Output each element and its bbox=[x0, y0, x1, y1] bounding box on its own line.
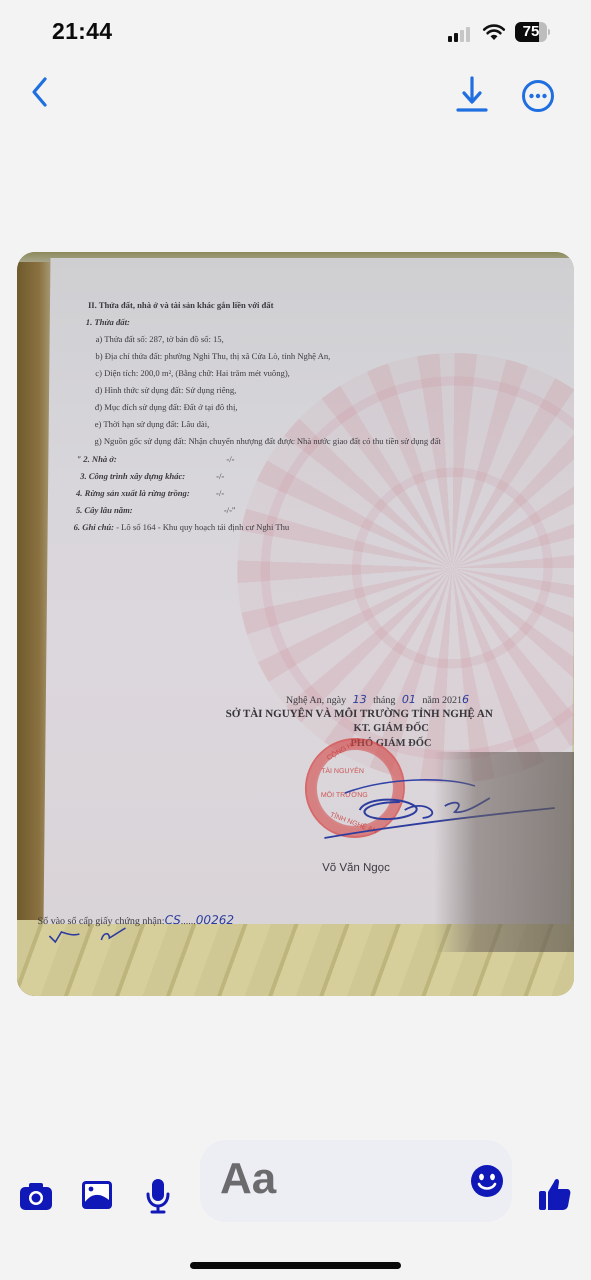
status-bar: 21:44 75 bbox=[0, 0, 591, 64]
registry-line: Số vào sổ cấp giấy chứng nhận:CS......00… bbox=[37, 913, 234, 927]
land-item: a) Thửa đất số: 287, tờ bản đồ số: 15, bbox=[96, 334, 224, 344]
date-month: 01 bbox=[402, 693, 416, 706]
camera-icon bbox=[19, 1181, 53, 1211]
agency-name: SỞ TÀI NGUYÊN VÀ MÔI TRƯỜNG TỈNH NGHỆ AN bbox=[226, 708, 493, 720]
download-button[interactable] bbox=[452, 74, 492, 116]
house-value: -/- bbox=[226, 454, 234, 464]
forest-label: 4. Rừng sản xuất là rừng trồng: bbox=[76, 488, 190, 498]
message-composer: Aa bbox=[0, 1130, 591, 1230]
image-icon bbox=[81, 1180, 113, 1210]
forest-value: -/- bbox=[216, 488, 224, 498]
land-item: c) Diện tích: 200,0 m², (Bằng chữ: Hai t… bbox=[95, 368, 290, 378]
more-options-button[interactable] bbox=[518, 76, 558, 116]
viewer-toolbar bbox=[0, 64, 591, 124]
status-time: 21:44 bbox=[52, 18, 112, 45]
photo-viewer-screen: 21:44 75 bbox=[0, 0, 591, 1280]
perennial-label: 5. Cây lâu năm: bbox=[76, 505, 133, 515]
like-button[interactable] bbox=[536, 1174, 574, 1214]
registry-prefix: CS bbox=[165, 913, 181, 927]
note-line: 6. Ghi chú: - Lô số 164 - Khu quy hoạch … bbox=[74, 522, 290, 532]
land-item: e) Thời hạn sử dụng đất: Lâu dài, bbox=[95, 419, 210, 429]
voice-message-button[interactable] bbox=[142, 1176, 174, 1216]
signer-name: Võ Văn Ngọc bbox=[322, 862, 390, 874]
section-title: II. Thửa đất, nhà ở và tài sản khác gắn … bbox=[88, 300, 274, 310]
land-item: đ) Mục đích sử dụng đất: Đất ở tại đô th… bbox=[95, 402, 238, 412]
land-heading: 1. Thửa đất: bbox=[86, 317, 130, 327]
document-photo[interactable]: II. Thửa đất, nhà ở và tài sản khác gắn … bbox=[17, 252, 574, 996]
house-label: " 2. Nhà ở: bbox=[76, 454, 117, 464]
registry-number: 00262 bbox=[196, 913, 234, 927]
other-construction-label: 3. Công trình xây dựng khác: bbox=[80, 471, 185, 481]
thumbs-up-icon bbox=[538, 1176, 572, 1212]
back-button[interactable] bbox=[22, 72, 58, 112]
camera-button[interactable] bbox=[18, 1178, 54, 1214]
gallery-button[interactable] bbox=[80, 1178, 114, 1212]
note-value: - Lô số 164 - Khu quy hoạch tái định cư … bbox=[116, 522, 289, 532]
home-indicator[interactable] bbox=[190, 1262, 401, 1269]
more-horizontal-circle-icon bbox=[521, 79, 555, 113]
download-icon bbox=[455, 75, 489, 115]
signer-title-1: KT. GIÁM ĐỐC bbox=[354, 723, 429, 734]
land-item: g) Nguồn gốc sử dụng đất: Nhận chuyển nh… bbox=[95, 436, 441, 446]
chevron-left-icon bbox=[30, 76, 50, 108]
perennial-value: -/-" bbox=[224, 505, 236, 515]
land-item: b) Địa chỉ thửa đất: phường Nghi Thu, th… bbox=[95, 351, 330, 361]
message-input[interactable]: Aa bbox=[200, 1140, 512, 1222]
microphone-icon bbox=[145, 1178, 171, 1214]
land-item: d) Hình thức sử dụng đất: Sử dụng riêng, bbox=[95, 385, 236, 395]
battery-icon: 75 bbox=[515, 22, 551, 42]
date-day: 13 bbox=[353, 693, 367, 706]
wifi-icon bbox=[482, 22, 506, 42]
date-year-hand: 6 bbox=[462, 693, 469, 706]
initials-scribble bbox=[43, 926, 133, 946]
battery-percent: 75 bbox=[515, 22, 547, 42]
smiley-icon bbox=[470, 1164, 504, 1198]
cellular-signal-icon bbox=[448, 26, 474, 42]
message-input-placeholder: Aa bbox=[220, 1154, 276, 1204]
emoji-button[interactable] bbox=[470, 1164, 504, 1198]
other-construction-value: -/- bbox=[216, 471, 224, 481]
note-label: 6. Ghi chú: bbox=[74, 522, 114, 532]
issue-date: Nghệ An, ngày 13 tháng 01 năm 20216 bbox=[286, 693, 469, 706]
